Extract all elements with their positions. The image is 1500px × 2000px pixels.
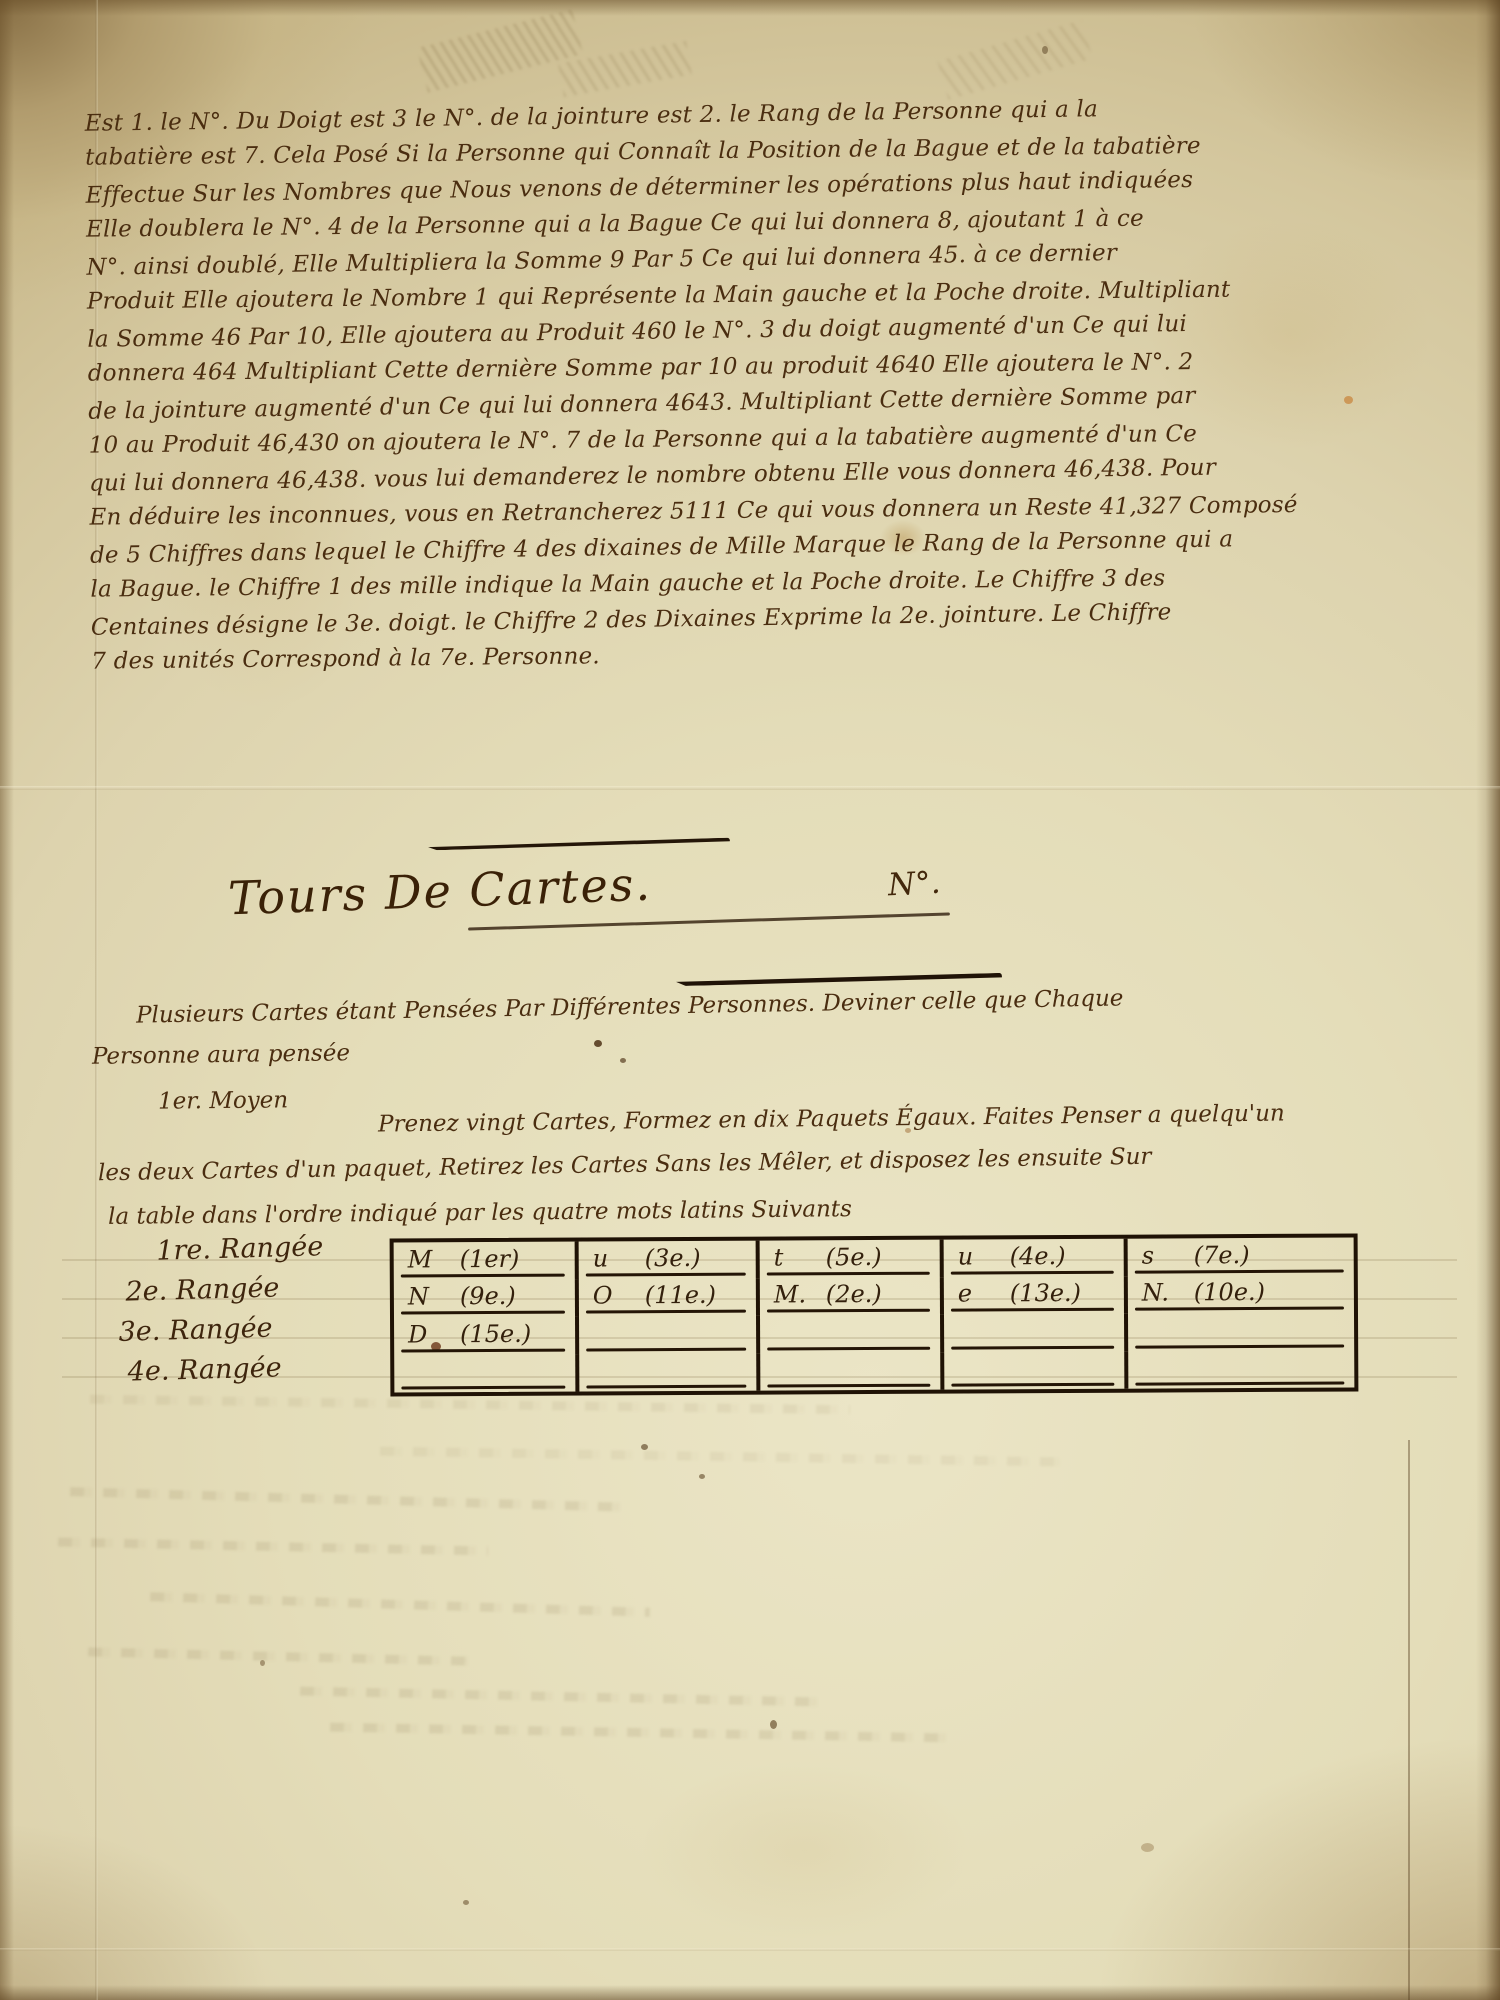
card-position: (15e.) — [460, 1322, 531, 1346]
manuscript-line: la table dans l'ordre indiqué par les qu… — [108, 1196, 852, 1230]
card-position: (3e.) — [645, 1246, 701, 1270]
table-cell: s(7e.) — [1128, 1237, 1354, 1276]
card-position: (7e.) — [1194, 1243, 1250, 1267]
cell-underline — [1135, 1344, 1344, 1348]
cell-underline — [401, 1348, 565, 1352]
manuscript-line: Prenez vingt Cartes, Formez en dix Paque… — [378, 1100, 1285, 1137]
card-position: (5e.) — [826, 1245, 882, 1269]
card-position: (2e.) — [826, 1282, 882, 1306]
stain — [640, 1760, 970, 1940]
paper-corner-shadow — [1170, 0, 1500, 180]
cell-underline — [586, 1385, 746, 1389]
bleedthrough-text — [150, 1592, 650, 1617]
cell-underline — [767, 1384, 930, 1388]
ink-speck — [641, 1444, 648, 1450]
cell-underline — [951, 1383, 1114, 1387]
cell-underline — [951, 1345, 1114, 1349]
section-divider — [676, 973, 1002, 986]
ink-speck — [770, 1720, 777, 1729]
table-cell: M(1er) — [394, 1242, 579, 1280]
bleedthrough-text — [90, 1395, 850, 1415]
row-label: 2e. Rangée — [125, 1267, 325, 1313]
manuscript-line: Personne aura pensée — [92, 1040, 350, 1070]
table-cell — [944, 1351, 1128, 1389]
ink-speck — [1141, 1843, 1154, 1852]
number-heading: N°. — [887, 865, 941, 904]
card-position: (1er) — [460, 1247, 520, 1271]
cell-underline — [767, 1346, 930, 1350]
card-position: (10e.) — [1194, 1280, 1265, 1304]
stain — [1150, 220, 1430, 450]
cell-underline — [401, 1386, 565, 1390]
ink-speck — [594, 1040, 602, 1047]
bleedthrough-mark — [417, 9, 583, 92]
fold-crease — [0, 786, 1500, 790]
cell-underline — [767, 1309, 930, 1313]
section-title: Tours De Cartes. — [227, 857, 653, 926]
ink-speck — [620, 1058, 626, 1063]
card-letter: M. — [774, 1283, 826, 1307]
card-positions-table: M(1er) u(3e.) t(5e.) u(4e.) s(7e.) N(9e.… — [390, 1233, 1359, 1396]
paper-edge — [0, 0, 14, 2000]
ink-speck — [1344, 396, 1353, 404]
card-letter: e — [958, 1282, 1010, 1306]
table-cell: O(11e.) — [579, 1278, 760, 1316]
table-cell: t(5e.) — [760, 1240, 944, 1278]
table-cell — [394, 1354, 579, 1392]
bleedthrough-text — [380, 1447, 1060, 1467]
card-position: (9e.) — [460, 1284, 516, 1308]
card-letter: u — [958, 1244, 1010, 1268]
cell-underline — [767, 1271, 930, 1275]
card-letter: t — [774, 1245, 826, 1269]
table-cell: u(4e.) — [944, 1239, 1128, 1277]
table-cell — [944, 1314, 1128, 1352]
ink-speck — [463, 1900, 469, 1905]
card-letter: u — [593, 1246, 645, 1270]
card-position: (13e.) — [1010, 1281, 1081, 1305]
paper-edge — [0, 1985, 1500, 2000]
table-cell — [760, 1315, 944, 1353]
bleedthrough-text — [58, 1537, 488, 1555]
table-cell: e(13e.) — [944, 1276, 1128, 1314]
cell-underline — [586, 1272, 746, 1276]
paper-edge — [1476, 0, 1500, 2000]
fold-crease — [0, 1948, 1500, 1951]
paper-corner-shadow — [1070, 1740, 1500, 2000]
title-underline — [468, 912, 950, 930]
table-cell: N(9e.) — [394, 1279, 579, 1317]
cell-underline — [1135, 1307, 1344, 1311]
card-position: (11e.) — [645, 1283, 716, 1307]
card-letter: N — [408, 1284, 460, 1308]
table-cell — [579, 1316, 760, 1354]
paper-edge — [0, 0, 1500, 16]
manuscript-line: Plusieurs Cartes étant Pensées Par Diffé… — [136, 985, 1124, 1028]
table-row-labels: 1re. Rangée 2e. Rangée 3e. Rangée 4e. Ra… — [116, 1227, 327, 1393]
card-letter: N. — [1142, 1281, 1194, 1305]
paper-corner-shadow — [0, 1820, 300, 2000]
table-cell: D(15e.) — [394, 1317, 579, 1355]
table-cell — [1128, 1312, 1354, 1351]
bleedthrough-text — [330, 1723, 950, 1743]
table-cell: N.(10e.) — [1128, 1275, 1354, 1314]
cell-underline — [1135, 1382, 1344, 1386]
bleedthrough-text — [88, 1647, 468, 1665]
cell-underline — [951, 1270, 1114, 1274]
card-position: (4e.) — [1010, 1244, 1066, 1268]
row-label: 1re. Rangée — [156, 1227, 324, 1272]
row-label: 3e. Rangée — [118, 1307, 326, 1353]
card-letter: O — [593, 1283, 645, 1307]
table-cell: M.(2e.) — [760, 1277, 944, 1315]
method-label: 1er. Moyen — [158, 1087, 288, 1114]
card-letter: D — [408, 1322, 460, 1346]
manuscript-line: les deux Cartes d'un paquet, Retirez les… — [98, 1144, 1152, 1187]
cell-underline — [951, 1308, 1114, 1312]
cell-underline — [586, 1347, 746, 1351]
bleedthrough-text — [70, 1487, 630, 1512]
table-cell — [1128, 1350, 1354, 1389]
cell-underline — [586, 1310, 746, 1314]
bleedthrough-mark — [937, 20, 1092, 100]
section-divider — [428, 838, 730, 851]
card-letter: s — [1142, 1243, 1194, 1267]
table-cell: u(3e.) — [579, 1241, 760, 1279]
fold-crease — [1408, 1440, 1410, 2000]
cell-underline — [401, 1311, 565, 1315]
row-label: 4e. Rangée — [127, 1347, 327, 1393]
card-letter: M — [408, 1247, 460, 1271]
table-cell — [760, 1352, 944, 1390]
ink-speck — [260, 1660, 265, 1666]
ink-speck — [699, 1474, 705, 1479]
manuscript-page: Est 1. le N°. Du Doigt est 3 le N°. de l… — [0, 0, 1500, 2000]
table-cell — [579, 1353, 760, 1391]
cell-underline — [401, 1273, 565, 1277]
main-paragraph: Est 1. le N°. Du Doigt est 3 le N°. de l… — [85, 91, 1172, 680]
cell-underline — [1135, 1269, 1344, 1273]
bleedthrough-text — [300, 1687, 820, 1707]
